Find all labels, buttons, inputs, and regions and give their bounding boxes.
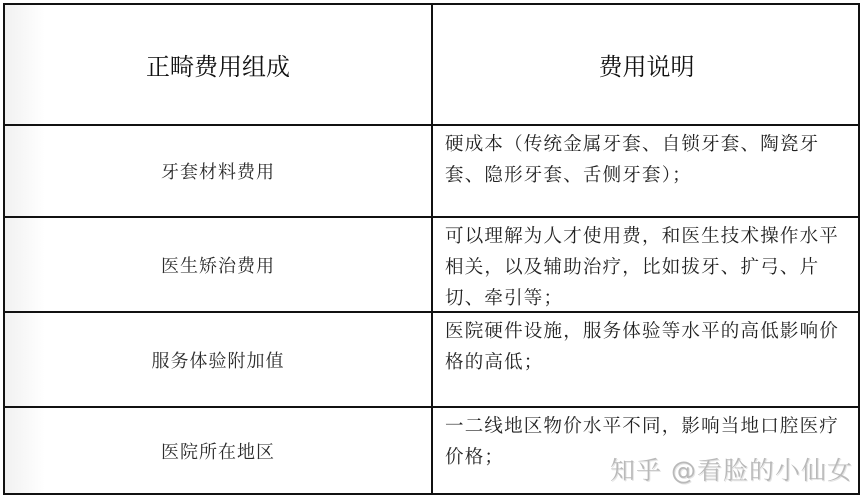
component-cell: 服务体验附加值 [5, 313, 433, 406]
component-cell: 医院所在地区 [5, 408, 433, 493]
watermark: 知乎 @看脸的小仙女 [610, 451, 853, 487]
description-text: 可以理解为人才使用费，和医生技术操作水平相关，以及辅助治疗，比如拔牙、扩弓、片切… [445, 221, 848, 314]
cost-table: 正畸费用组成 费用说明 牙套材料费用 硬成本（传统金属牙套、自锁牙套、陶瓷牙套、… [3, 3, 860, 495]
header-component-label: 正畸费用组成 [146, 47, 290, 82]
description-text: 硬成本（传统金属牙套、自锁牙套、陶瓷牙套、隐形牙套、舌侧牙套）； [445, 129, 848, 191]
header-cell-component: 正畸费用组成 [5, 5, 433, 124]
header-description-label: 费用说明 [599, 47, 695, 82]
table-header-row: 正畸费用组成 费用说明 [5, 5, 858, 124]
component-cell: 医生矫治费用 [5, 218, 433, 311]
component-label: 服务体验附加值 [152, 347, 285, 373]
component-label: 牙套材料费用 [161, 158, 275, 184]
table-row: 医生矫治费用 可以理解为人才使用费，和医生技术操作水平相关，以及辅助治疗，比如拔… [5, 216, 858, 311]
component-label: 医生矫治费用 [161, 252, 275, 278]
table-row: 服务体验附加值 医院硬件设施，服务体验等水平的高低影响价格的高低； [5, 311, 858, 406]
table-row: 牙套材料费用 硬成本（传统金属牙套、自锁牙套、陶瓷牙套、隐形牙套、舌侧牙套）； [5, 124, 858, 216]
header-cell-description: 费用说明 [435, 5, 858, 124]
description-cell: 医院硬件设施，服务体验等水平的高低影响价格的高低； [435, 313, 858, 406]
description-cell: 硬成本（传统金属牙套、自锁牙套、陶瓷牙套、隐形牙套、舌侧牙套）； [435, 126, 858, 216]
description-cell: 可以理解为人才使用费，和医生技术操作水平相关，以及辅助治疗，比如拔牙、扩弓、片切… [435, 218, 858, 311]
component-cell: 牙套材料费用 [5, 126, 433, 216]
component-label: 医院所在地区 [161, 438, 275, 464]
description-text: 医院硬件设施，服务体验等水平的高低影响价格的高低； [445, 316, 848, 378]
